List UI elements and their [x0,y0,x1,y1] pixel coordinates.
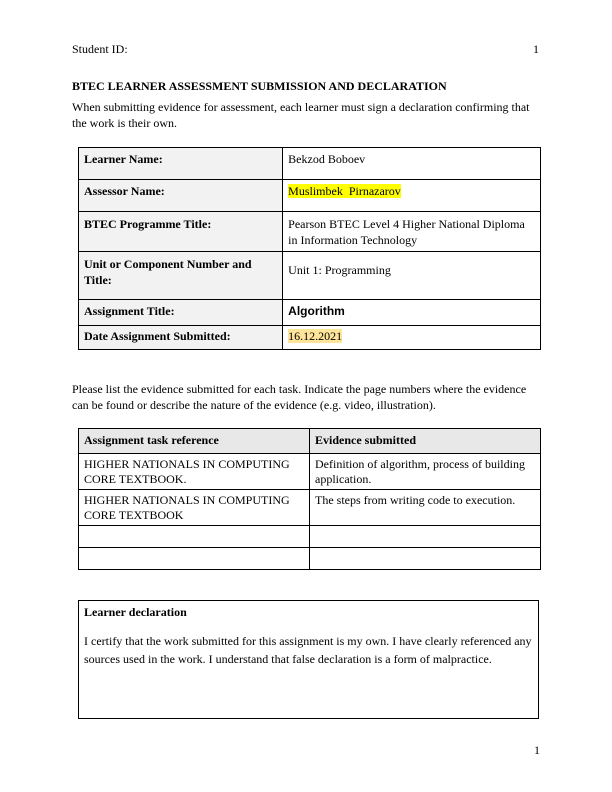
evidence-cell[interactable] [310,526,541,548]
intro-text: When submitting evidence for assessment,… [72,99,542,131]
footer-page-number: 1 [534,743,540,758]
table-row: Date Assignment Submitted: 16.12.2021 [79,326,541,350]
unit-value[interactable]: Unit 1: Programming [283,252,541,300]
programme-label: BTEC Programme Title: [79,212,283,252]
learner-name-text: Bekzod Boboev [288,152,365,166]
learner-name-value[interactable]: Bekzod Boboev [283,148,541,180]
learner-declaration-box: Learner declaration I certify that the w… [78,600,539,719]
column-header-evidence: Evidence submitted [310,429,541,454]
student-id-label: Student ID: [72,42,128,57]
learner-name-label: Learner Name: [79,148,283,180]
date-text: 16.12.2021 [288,329,342,343]
evidence-cell[interactable]: Definition of algorithm, process of buil… [310,454,541,490]
table-row [79,548,541,570]
table-row [79,526,541,548]
table-row: Assignment Title: Algorithm [79,300,541,326]
details-table: Learner Name: Bekzod Boboev Assessor Nam… [78,147,541,350]
table-row: HIGHER NATIONALS IN COMPUTING CORE TEXTB… [79,454,541,490]
assignment-title-text: Algorithm [288,304,345,318]
evidence-table: Assignment task reference Evidence submi… [78,428,541,570]
table-row: Assessor Name: Muslimbek Pirnazarov [79,180,541,212]
declaration-text: I certify that the work submitted for th… [84,632,533,668]
task-reference-cell[interactable] [79,526,310,548]
unit-text: Unit 1: Programming [288,262,391,278]
header-page-number: 1 [533,42,539,57]
task-reference-cell[interactable] [79,548,310,570]
table-row: BTEC Programme Title: Pearson BTEC Level… [79,212,541,252]
assessor-name-label: Assessor Name: [79,180,283,212]
unit-label: Unit or Component Number and Title: [79,252,283,300]
task-reference-cell[interactable]: HIGHER NATIONALS IN COMPUTING CORE TEXTB… [79,454,310,490]
task-reference-cell[interactable]: HIGHER NATIONALS IN COMPUTING CORE TEXTB… [79,490,310,526]
column-header-task-reference: Assignment task reference [79,429,310,454]
evidence-cell[interactable]: The steps from writing code to execution… [310,490,541,526]
programme-text: Pearson BTEC Level 4 Higher National Dip… [288,217,525,247]
table-row: HIGHER NATIONALS IN COMPUTING CORE TEXTB… [79,490,541,526]
declaration-heading: Learner declaration [84,605,533,620]
date-value[interactable]: 16.12.2021 [283,326,541,350]
page-title: BTEC LEARNER ASSESSMENT SUBMISSION AND D… [72,79,447,94]
assessor-name-value[interactable]: Muslimbek Pirnazarov [283,180,541,212]
table-row: Unit or Component Number and Title: Unit… [79,252,541,300]
programme-value[interactable]: Pearson BTEC Level 4 Higher National Dip… [283,212,541,252]
evidence-intro: Please list the evidence submitted for e… [72,381,542,413]
assignment-title-label: Assignment Title: [79,300,283,326]
table-header-row: Assignment task reference Evidence submi… [79,429,541,454]
evidence-cell[interactable] [310,548,541,570]
table-row: Learner Name: Bekzod Boboev [79,148,541,180]
assignment-title-value[interactable]: Algorithm [283,300,541,326]
assessor-name-text: Muslimbek Pirnazarov [288,184,401,198]
date-label: Date Assignment Submitted: [79,326,283,350]
